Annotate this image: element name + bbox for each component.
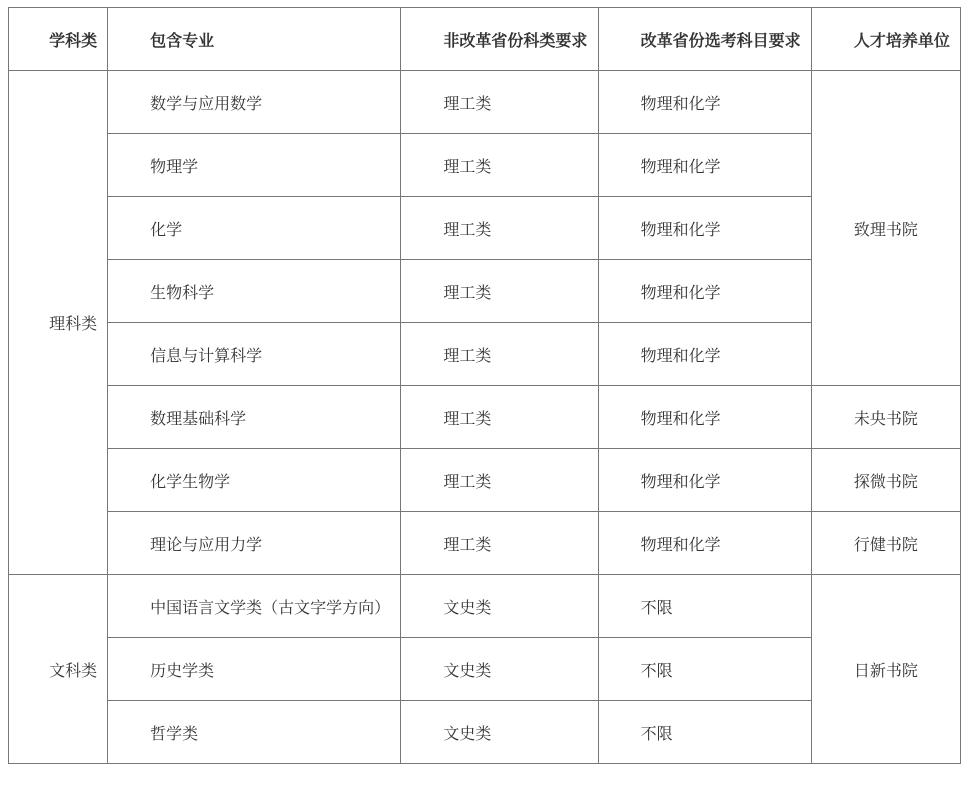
subjects-cell: 物理和化学 xyxy=(598,71,811,134)
majors-table: 学科类 包含专业 非改革省份科类要求 改革省份选考科目要求 人才培养单位 理科类… xyxy=(8,7,961,764)
subjects-cell: 物理和化学 xyxy=(598,260,811,323)
header-majors: 包含专业 xyxy=(108,8,401,71)
type-cell: 理工类 xyxy=(401,71,598,134)
major-cell: 信息与计算科学 xyxy=(108,323,401,386)
major-cell: 化学 xyxy=(108,197,401,260)
subjects-cell: 物理和化学 xyxy=(598,197,811,260)
subjects-cell: 物理和化学 xyxy=(598,512,811,575)
major-cell: 生物科学 xyxy=(108,260,401,323)
subjects-cell: 不限 xyxy=(598,638,811,701)
header-nonreform-requirement: 非改革省份科类要求 xyxy=(401,8,598,71)
type-cell: 理工类 xyxy=(401,260,598,323)
table-row: 理科类 数学与应用数学 理工类 物理和化学 致理书院 xyxy=(9,71,961,134)
type-cell: 理工类 xyxy=(401,323,598,386)
type-cell: 理工类 xyxy=(401,449,598,512)
unit-cell: 致理书院 xyxy=(811,71,960,386)
major-cell: 历史学类 xyxy=(108,638,401,701)
unit-cell: 探微书院 xyxy=(811,449,960,512)
table-row: 文科类 中国语言文学类（古文字学方向） 文史类 不限 日新书院 xyxy=(9,575,961,638)
type-cell: 理工类 xyxy=(401,197,598,260)
type-cell: 理工类 xyxy=(401,134,598,197)
header-training-unit: 人才培养单位 xyxy=(811,8,960,71)
table-row: 理论与应用力学 理工类 物理和化学 行健书院 xyxy=(9,512,961,575)
major-cell: 哲学类 xyxy=(108,701,401,764)
type-cell: 文史类 xyxy=(401,638,598,701)
header-row: 学科类 包含专业 非改革省份科类要求 改革省份选考科目要求 人才培养单位 xyxy=(9,8,961,71)
unit-cell: 日新书院 xyxy=(811,575,960,764)
type-cell: 理工类 xyxy=(401,512,598,575)
type-cell: 理工类 xyxy=(401,386,598,449)
subjects-cell: 物理和化学 xyxy=(598,386,811,449)
major-cell: 物理学 xyxy=(108,134,401,197)
subjects-cell: 物理和化学 xyxy=(598,134,811,197)
subjects-cell: 不限 xyxy=(598,701,811,764)
major-cell: 化学生物学 xyxy=(108,449,401,512)
discipline-arts: 文科类 xyxy=(9,575,108,764)
table-row: 化学生物学 理工类 物理和化学 探微书院 xyxy=(9,449,961,512)
type-cell: 文史类 xyxy=(401,701,598,764)
header-discipline: 学科类 xyxy=(9,8,108,71)
table-row: 数理基础科学 理工类 物理和化学 未央书院 xyxy=(9,386,961,449)
major-cell: 理论与应用力学 xyxy=(108,512,401,575)
subjects-cell: 物理和化学 xyxy=(598,323,811,386)
major-cell: 数学与应用数学 xyxy=(108,71,401,134)
major-cell: 中国语言文学类（古文字学方向） xyxy=(108,575,401,638)
discipline-science: 理科类 xyxy=(9,71,108,575)
type-cell: 文史类 xyxy=(401,575,598,638)
unit-cell: 未央书院 xyxy=(811,386,960,449)
unit-cell: 行健书院 xyxy=(811,512,960,575)
major-cell: 数理基础科学 xyxy=(108,386,401,449)
subjects-cell: 不限 xyxy=(598,575,811,638)
subjects-cell: 物理和化学 xyxy=(598,449,811,512)
header-reform-requirement: 改革省份选考科目要求 xyxy=(598,8,811,71)
